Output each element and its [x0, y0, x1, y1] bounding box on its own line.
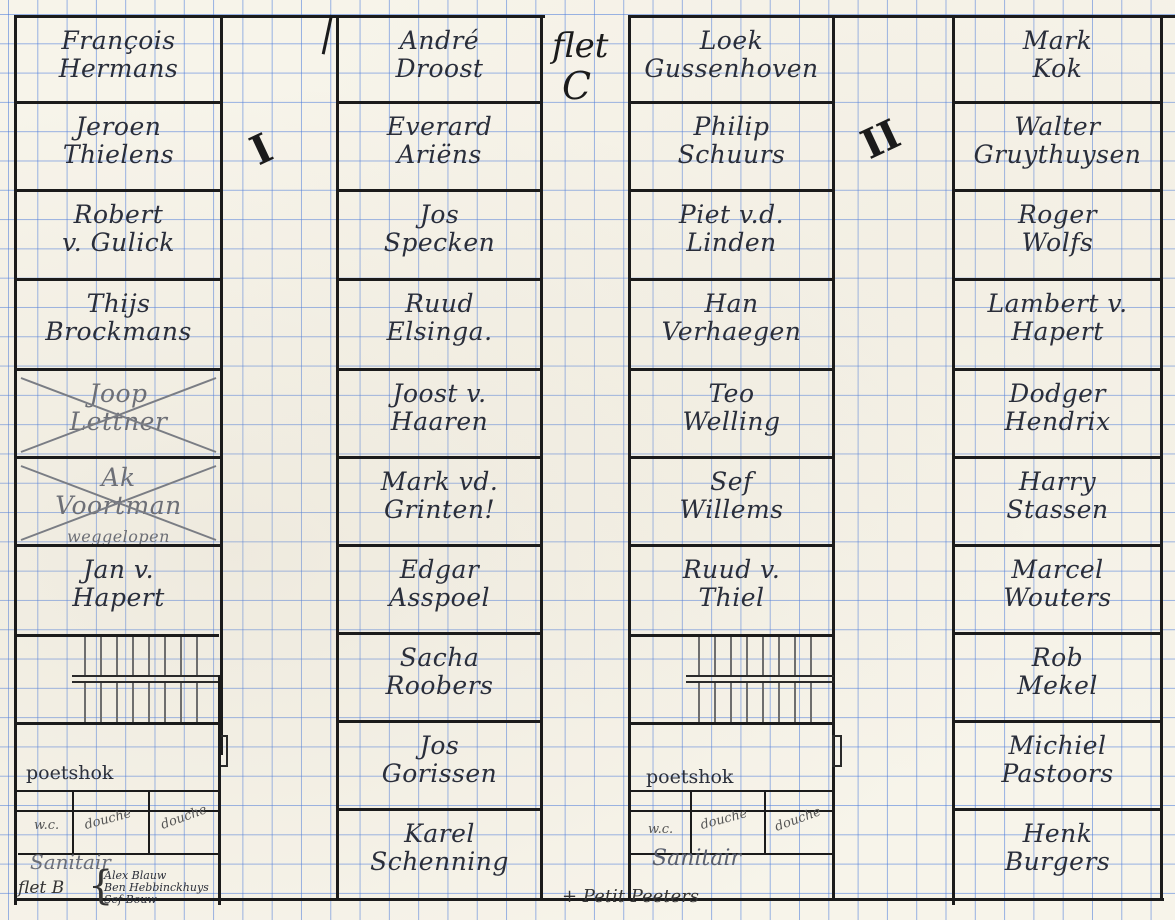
occupant-name-line: v. Gulick — [17, 229, 220, 257]
occupant-name-line: Grinten! — [339, 496, 540, 524]
room-cell: AkVoortmanweggelopen — [17, 458, 220, 546]
sanitair1-div2 — [148, 790, 150, 854]
room-cell: JoopLettner — [17, 370, 220, 458]
stairs-1-lower — [72, 683, 208, 722]
room-cell: Lambert v.Hapert — [955, 280, 1160, 370]
occupant-name-line: Ariëns — [339, 141, 540, 169]
occupant-name-line: Piet v.d. — [631, 201, 832, 229]
flat-b-names: Alex Blauw Ben Hebbinckhuys Sef Bouw — [104, 870, 209, 906]
flat-label: flet C — [552, 26, 608, 106]
occupant-name-line: François — [17, 27, 220, 55]
occupant-name: MichielPastoors — [955, 732, 1160, 788]
room-cell: MichielPastoors — [955, 722, 1160, 810]
occupant-name-line: Henk — [955, 820, 1160, 848]
occupant-name-line: Asspoel — [339, 584, 540, 612]
occupant-name: PhilipSchuurs — [631, 113, 832, 169]
occupant-name-line: Haaren — [339, 408, 540, 436]
occupant-name-line: Roobers — [339, 672, 540, 700]
occupant-name-line: Brockmans — [17, 318, 220, 346]
stair1-bottom — [14, 722, 219, 725]
occupant-name-line: Philip — [631, 113, 832, 141]
occupant-name-line: Hermans — [17, 55, 220, 83]
occupant-name: ThijsBrockmans — [17, 290, 220, 346]
occupant-name-line: Wolfs — [955, 229, 1160, 257]
stair1-landing — [72, 675, 220, 677]
room-cell: EverardAriëns — [339, 103, 540, 191]
room-cell: AndréDroost — [339, 17, 540, 103]
room-cell: MarcelWouters — [955, 546, 1160, 634]
room-cell: Jan v.Hapert — [17, 546, 220, 634]
occupant-name-line: Teo — [631, 380, 832, 408]
occupant-name-line: Droost — [339, 55, 540, 83]
occupant-name-line: Mark — [955, 27, 1160, 55]
room-cell: Joost v.Haaren — [339, 370, 540, 458]
occupant-name-line: Thijs — [17, 290, 220, 318]
occupant-name: Ruud v.Thiel — [631, 556, 832, 612]
occupant-name-line: Han — [631, 290, 832, 318]
room-cell: SachaRoobers — [339, 634, 540, 722]
flat-b-label: flet B — [18, 878, 64, 898]
sanitair2-div2 — [764, 790, 766, 854]
occupant-name: SefWillems — [631, 468, 832, 524]
stair2-door — [832, 735, 842, 767]
room-cell: SefWillems — [631, 458, 832, 546]
occupant-name-line: Loek — [631, 27, 832, 55]
wall-col1-right — [220, 15, 223, 755]
occupant-name: DodgerHendrix — [955, 380, 1160, 436]
room-cell: PhilipSchuurs — [631, 103, 832, 191]
room-cell: KarelSchenning — [339, 810, 540, 898]
stair2-landing — [686, 675, 834, 677]
occupant-name-line: Verhaegen — [631, 318, 832, 346]
occupant-name-line: Gorissen — [339, 760, 540, 788]
occupant-name: MarcelWouters — [955, 556, 1160, 612]
sanitair1-top — [14, 790, 219, 792]
occupant-name: LoekGussenhoven — [631, 27, 832, 83]
occupant-name: MarkKok — [955, 27, 1160, 83]
occupant-name: AkVoortmanweggelopen — [17, 464, 220, 548]
wc-label-1: w.c. — [34, 818, 59, 833]
occupant-name-line: Voortman — [17, 492, 220, 520]
occupant-name: WalterGruythuysen — [955, 113, 1160, 169]
occupant-name-line: Gussenhoven — [631, 55, 832, 83]
room-cell: RogerWolfs — [955, 191, 1160, 280]
occupant-name: HenkBurgers — [955, 820, 1160, 876]
occupant-name-line: Lettner — [17, 408, 220, 436]
stair2-bottom — [628, 722, 833, 725]
occupant-name: JosSpecken — [339, 201, 540, 257]
room-cell: DodgerHendrix — [955, 370, 1160, 458]
occupant-name-line: Ak — [17, 464, 220, 492]
room-cell: Ruud v.Thiel — [631, 546, 832, 634]
occupant-name: Joost v.Haaren — [339, 380, 540, 436]
occupant-name-line: Joop — [17, 380, 220, 408]
room-cell: HanVerhaegen — [631, 280, 832, 370]
occupant-name-line: André — [339, 27, 540, 55]
occupant-name: JeroenThielens — [17, 113, 220, 169]
wing-label-2: II — [854, 110, 908, 168]
occupant-name-line: Kok — [955, 55, 1160, 83]
occupant-name-line: Thielens — [17, 141, 220, 169]
occupant-name-line: Robert — [17, 201, 220, 229]
occupant-name: Robertv. Gulick — [17, 201, 220, 257]
occupant-name: KarelSchenning — [339, 820, 540, 876]
occupant-name: Jan v.Hapert — [17, 556, 220, 612]
room-cell: JosSpecken — [339, 191, 540, 280]
room-cell: Robertv. Gulick — [17, 191, 220, 280]
occupant-name-line: Stassen — [955, 496, 1160, 524]
occupant-name-line: Hapert — [17, 584, 220, 612]
bottom-note: + Petit Peeters — [562, 886, 699, 907]
occupant-name-line: Lambert v. — [955, 290, 1160, 318]
occupant-name: AndréDroost — [339, 27, 540, 83]
room-cell: EdgarAsspoel — [339, 546, 540, 634]
sanitair1-div1 — [72, 790, 74, 854]
flat-label-letter: C — [552, 66, 608, 106]
occupant-name-line: Rob — [955, 644, 1160, 672]
occupant-name: JoopLettner — [17, 380, 220, 436]
occupant-name: RogerWolfs — [955, 201, 1160, 257]
occupant-name: SachaRoobers — [339, 644, 540, 700]
occupant-name: FrançoisHermans — [17, 27, 220, 83]
stairs-1-upper — [72, 637, 208, 675]
occupant-name-line: Pastoors — [955, 760, 1160, 788]
occupant-name: HarryStassen — [955, 468, 1160, 524]
occupant-name: EdgarAsspoel — [339, 556, 540, 612]
room-cell: FrançoisHermans — [17, 17, 220, 103]
occupant-name: TeoWelling — [631, 380, 832, 436]
wc-label-2: w.c. — [648, 822, 673, 837]
douche-label-1b: douche — [159, 802, 209, 832]
occupant-name-line: Schenning — [339, 848, 540, 876]
flat-label-word: flet — [552, 26, 608, 66]
occupant-name-line: Jeroen — [17, 113, 220, 141]
occupant-name-line: Roger — [955, 201, 1160, 229]
room-cell: MarkKok — [955, 17, 1160, 103]
occupant-name-line: Harry — [955, 468, 1160, 496]
occupant-name-line: Willems — [631, 496, 832, 524]
occupant-name: Piet v.d.Linden — [631, 201, 832, 257]
occupant-name-line: Everard — [339, 113, 540, 141]
occupant-name: EverardAriëns — [339, 113, 540, 169]
occupant-name-line: Karel — [339, 820, 540, 848]
room-cell: LoekGussenhoven — [631, 17, 832, 103]
occupant-name-line: Mark vd. — [339, 468, 540, 496]
occupant-name-line: Hapert — [955, 318, 1160, 346]
occupant-name-line: Jos — [339, 732, 540, 760]
occupant-name-line: Hendrix — [955, 408, 1160, 436]
stairs-2-upper — [686, 637, 822, 675]
wing-label-1: I — [243, 124, 280, 175]
room-cell: RobMekel — [955, 634, 1160, 722]
room-cell: JosGorissen — [339, 722, 540, 810]
occupant-name-line: Gruythuysen — [955, 141, 1160, 169]
occupant-name-line: Sacha — [339, 644, 540, 672]
room-cell: HarryStassen — [955, 458, 1160, 546]
occupant-name: RobMekel — [955, 644, 1160, 700]
room-cell: JeroenThielens — [17, 103, 220, 191]
room-cell: ThijsBrockmans — [17, 280, 220, 370]
occupant-name: Lambert v.Hapert — [955, 290, 1160, 346]
stairs-2-lower — [686, 683, 822, 722]
occupant-name-line: Thiel — [631, 584, 832, 612]
occupant-name-line: Linden — [631, 229, 832, 257]
occupant-name: HanVerhaegen — [631, 290, 832, 346]
occupant-name-line: Dodger — [955, 380, 1160, 408]
occupant-name-line: Walter — [955, 113, 1160, 141]
occupant-name-line: Joost v. — [339, 380, 540, 408]
occupant-name-line: Elsinga. — [339, 318, 540, 346]
occupant-name-line: Ruud v. — [631, 556, 832, 584]
occupant-name-line: Michiel — [955, 732, 1160, 760]
room-cell: TeoWelling — [631, 370, 832, 458]
room-cell: RuudElsinga. — [339, 280, 540, 370]
occupant-name: RuudElsinga. — [339, 290, 540, 346]
occupant-name-line: Ruud — [339, 290, 540, 318]
sanitair2-top — [628, 790, 833, 792]
douche-label-2b: douche — [773, 804, 823, 834]
occupant-name-line: Edgar — [339, 556, 540, 584]
poetshok-label-1: poetshok — [26, 762, 113, 784]
occupant-name-line: Sef — [631, 468, 832, 496]
occupant-name-line: Marcel — [955, 556, 1160, 584]
room-cell: HenkBurgers — [955, 810, 1160, 898]
poetshok-label-2: poetshok — [646, 766, 733, 788]
occupant-name: Mark vd.Grinten! — [339, 468, 540, 524]
occupant-name-line: Welling — [631, 408, 832, 436]
sanitair-label-2: Sanitair — [652, 846, 741, 871]
occupant-name-line: Burgers — [955, 848, 1160, 876]
occupant-name-line: Specken — [339, 229, 540, 257]
occupant-name-line: Schuurs — [631, 141, 832, 169]
room-cell: Piet v.d.Linden — [631, 191, 832, 280]
room-cell: WalterGruythuysen — [955, 103, 1160, 191]
wall-stub-c1 — [322, 15, 333, 55]
room-cell: Mark vd.Grinten! — [339, 458, 540, 546]
occupant-name-line: Jos — [339, 201, 540, 229]
occupant-name-line: Wouters — [955, 584, 1160, 612]
stair1-right — [218, 675, 221, 905]
occupant-name: JosGorissen — [339, 732, 540, 788]
flat-b-name-3: Sef Bouw — [104, 894, 209, 906]
occupant-name-line: Mekel — [955, 672, 1160, 700]
sanitair2-div1 — [690, 790, 692, 854]
occupant-name-line: Jan v. — [17, 556, 220, 584]
